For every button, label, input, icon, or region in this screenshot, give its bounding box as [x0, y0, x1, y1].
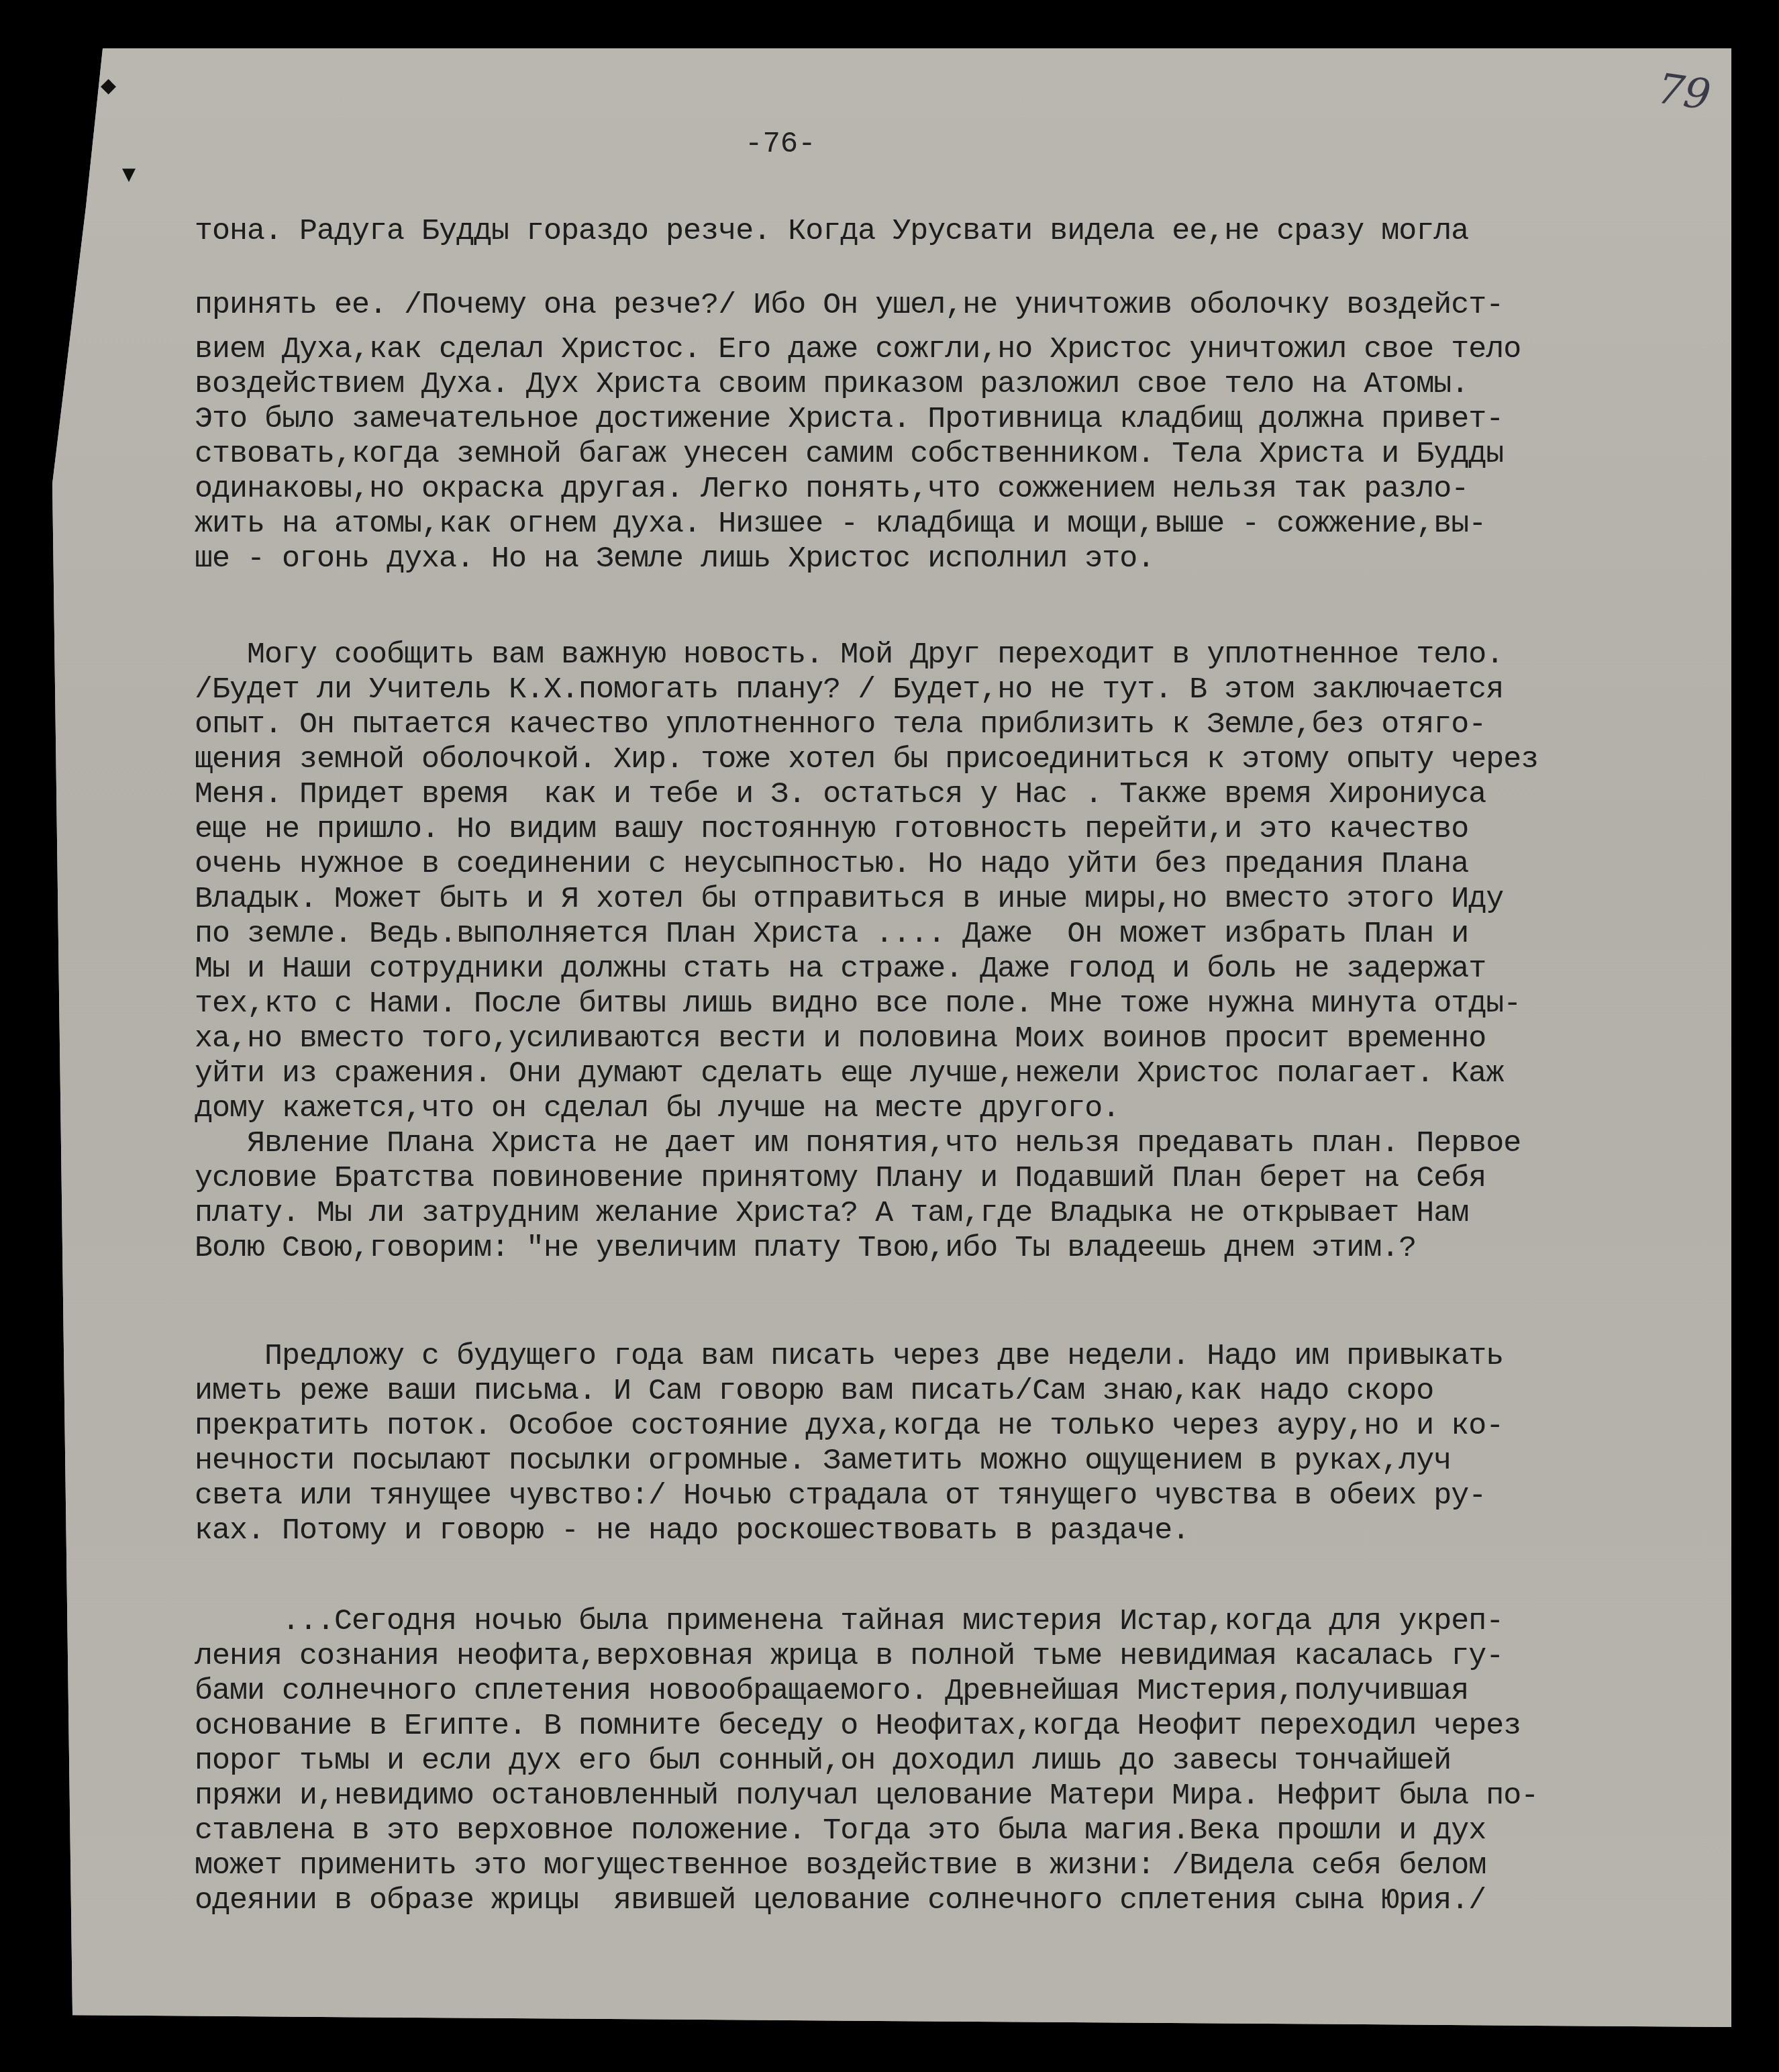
text-line: ствовать,когда земной багаж унесен самим… — [195, 437, 1698, 472]
text-line: условие Братства повиновение принятому П… — [195, 1161, 1698, 1196]
text-line: Могу сообщить вам важную новость. Мой Др… — [195, 638, 1698, 673]
text-line: Явление Плана Христа не дает им понятия,… — [195, 1126, 1698, 1161]
text-line: одинаковы,но окраска другая. Легко понят… — [195, 472, 1698, 507]
text-line: /Будет ли Учитель К.Х.помогать плану? / … — [195, 673, 1698, 707]
text-line: очень нужное в соединении с неусыпностью… — [195, 847, 1698, 882]
text-line: пряжи и,невидимо остановленный получал ц… — [195, 1779, 1698, 1814]
text-line: принять ее. /Почему она резче?/ Ибо Он у… — [195, 268, 1698, 342]
text-line: ха,но вместо того,усиливаются вести и по… — [195, 1022, 1698, 1056]
text-line: иметь реже ваши письма. И Сам говорю вам… — [195, 1374, 1698, 1409]
text-line: дому кажется,что он сделал бы лучше на м… — [195, 1091, 1698, 1126]
text-line: воздействием Духа. Дух Христа своим прик… — [195, 367, 1698, 402]
folio-number: 79 — [1654, 64, 1713, 119]
text-line: ставлена в это верховное положение. Тогд… — [195, 1814, 1698, 1848]
text-line: Владык. Может быть и Я хотел бы отправит… — [195, 882, 1698, 917]
text-line: основание в Египте. В помните беседу о Н… — [195, 1709, 1698, 1744]
text-paragraph: Могу сообщить вам важную новость. Мой Др… — [195, 638, 1698, 1266]
punch-hole-mark-icon: ▼ — [122, 164, 136, 185]
text-line: прекратить поток. Особое состояние духа,… — [195, 1409, 1698, 1444]
text-line: Мы и Наши сотрудники должны стать на стр… — [195, 952, 1698, 987]
text-line: ках. Потому и говорю - не надо роскошест… — [195, 1514, 1698, 1548]
text-line: плату. Мы ли затрудним желание Христа? А… — [195, 1196, 1698, 1231]
punch-hole-mark-icon: ◆ — [101, 74, 116, 97]
text-line: щения земной оболочкой. Хир. тоже хотел … — [195, 742, 1698, 777]
text-line: ше - огонь духа. Но на Земле лишь Христо… — [195, 542, 1698, 577]
text-line: опыт. Он пытается качество уплотненного … — [195, 707, 1698, 742]
text-line: тех,кто с Нами. После битвы лишь видно в… — [195, 987, 1698, 1022]
text-line: тона. Радуга Будды гораздо резче. Когда … — [195, 195, 1698, 268]
text-line: ления сознания неофита,верховная жрица в… — [195, 1639, 1698, 1674]
text-line: вием Духа,как сделал Христос. Его даже с… — [195, 332, 1698, 367]
text-line: одеянии в образе жрицы явившей целование… — [195, 1883, 1698, 1918]
text-line: света или тянущее чувство:/ Ночью страда… — [195, 1479, 1698, 1514]
text-line: ...Сегодня ночью была применена тайная м… — [195, 1604, 1698, 1639]
text-line: нечности посылают посылки огромные. Заме… — [195, 1444, 1698, 1479]
text-line: Меня. Придет время как и тебе и З. остат… — [195, 777, 1698, 812]
text-line: Волю Свою,говорим: "не увеличим плату Тв… — [195, 1231, 1698, 1266]
text-line: по земле. Ведь.выполняется План Христа .… — [195, 917, 1698, 952]
text-line: порог тьмы и если дух его был сонный,он … — [195, 1744, 1698, 1779]
text-paragraph: Предложу с будущего года вам писать чере… — [195, 1339, 1698, 1548]
text-paragraph: ...Сегодня ночью была применена тайная м… — [195, 1604, 1698, 1918]
text-line: бами солнечного сплетения новообращаемог… — [195, 1674, 1698, 1709]
text-paragraph: тона. Радуга Будды гораздо резче. Когда … — [195, 195, 1698, 342]
text-line: может применить это могущественное возде… — [195, 1848, 1698, 1883]
text-paragraph: вием Духа,как сделал Христос. Его даже с… — [195, 332, 1698, 577]
text-line: еще не пришло. Но видим вашу постоянную … — [195, 812, 1698, 847]
text-line: Это было замечательное достижение Христа… — [195, 402, 1698, 437]
text-line: Предложу с будущего года вам писать чере… — [195, 1339, 1698, 1374]
text-line: жить на атомы,как огнем духа. Низшее - к… — [195, 507, 1698, 542]
page-number: -76- — [745, 128, 816, 161]
text-line: уйти из сражения. Они думают сделать еще… — [195, 1056, 1698, 1091]
